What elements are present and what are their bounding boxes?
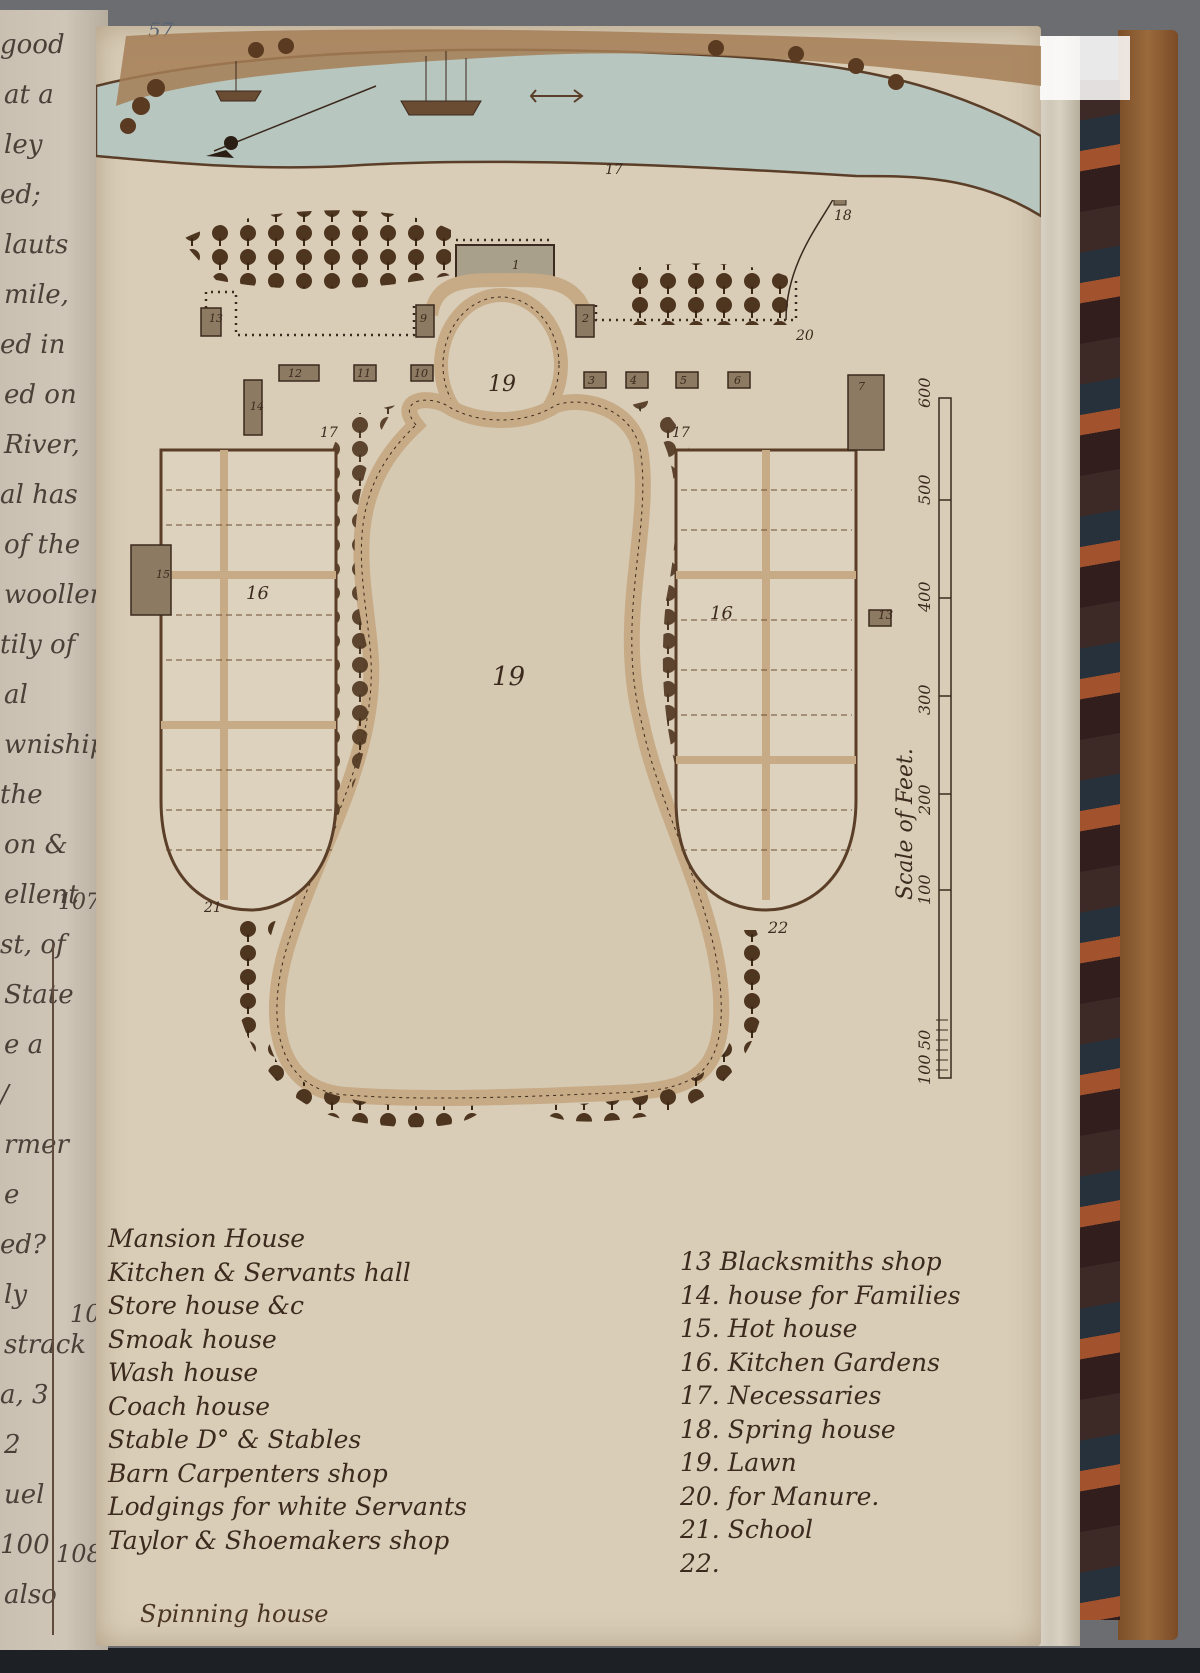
left-page-fragment: ley: [4, 130, 42, 160]
left-page-fragment: uel: [4, 1480, 44, 1510]
left-page-fragment: of the: [4, 530, 80, 560]
left-page-fragment: mile,: [4, 280, 69, 310]
book-cover-board: [1118, 30, 1178, 1640]
left-page-fragment: on &: [4, 830, 68, 860]
legend-item: 16. Kitchen Gardens: [680, 1346, 961, 1380]
left-page-fragment: the: [0, 780, 43, 810]
left-page-fragment: lauts: [4, 230, 68, 260]
left-facing-page: goodat aleyed;lautsmile,ed ined onRiver,…: [0, 10, 108, 1650]
left-page-fragment: a, 3: [0, 1380, 49, 1410]
legend-item: Taylor & Shoemakers shop: [108, 1524, 467, 1558]
left-page-fragment: River,: [4, 430, 80, 460]
spring-house: [834, 200, 846, 205]
legend-item: 18. Spring house: [680, 1413, 961, 1447]
left-page-fragment: ly: [4, 1280, 27, 1310]
left-page-fragment: also: [4, 1580, 57, 1610]
left-page-fragment: e: [4, 1180, 19, 1210]
kitchen-garden-left: [161, 450, 336, 910]
scale-tick: 100: [915, 1054, 934, 1085]
left-page-fragment: al: [4, 680, 28, 710]
left-page-fragment: ed;: [0, 180, 41, 210]
legend-right: 13 Blacksmiths shop 14. house for Famili…: [680, 1245, 961, 1580]
left-page-fragment: /: [0, 1080, 9, 1110]
grove-right: [621, 263, 796, 325]
left-page-fragment: ed in: [0, 330, 65, 360]
scale-tick: 600: [915, 377, 934, 408]
legend-item: Stable D° & Stables: [108, 1423, 467, 1457]
scale-tick: 50: [915, 1030, 934, 1050]
legend-item: Coach house: [108, 1390, 467, 1424]
left-page-fragment: al has: [0, 480, 78, 510]
left-page-fragment: rmer: [4, 1130, 69, 1160]
left-page-fragment: ed?: [0, 1230, 46, 1260]
left-page-fragment: st, of: [0, 930, 66, 960]
left-page-fragment: e a: [4, 1030, 43, 1060]
glass-glare: [1040, 36, 1130, 100]
legend-item: 14. house for Families: [680, 1279, 961, 1313]
scale-tick: 100: [915, 874, 934, 905]
scale-tick: 500: [915, 474, 934, 505]
left-page-fragment: strack: [4, 1330, 86, 1360]
legend-item: 20. for Manure.: [680, 1480, 961, 1514]
left-page-fragment: good: [0, 30, 65, 60]
legend-item: Lodgings for white Servants: [108, 1490, 467, 1524]
scale-tick: 200: [915, 784, 934, 815]
left-page-fragment: ed on: [4, 380, 77, 410]
legend-item: 17. Necessaries: [680, 1379, 961, 1413]
left-page-fragment: 2: [4, 1430, 21, 1460]
estate-plan: [96, 200, 1041, 1240]
legend-item: Mansion House: [108, 1222, 467, 1256]
legend-item: 19. Lawn: [680, 1446, 961, 1480]
legend-item: 22.: [680, 1547, 961, 1581]
legend-item: Barn Carpenters shop: [108, 1457, 467, 1491]
legend-item: 15. Hot house: [680, 1312, 961, 1346]
grove-left: [181, 210, 451, 289]
scale-tick: 400: [915, 581, 934, 612]
left-page-fragment: tily of: [0, 630, 75, 660]
river-scene: [96, 26, 1041, 226]
legend-item: Kitchen & Servants hall: [108, 1256, 467, 1290]
legend-item: Store house &c: [108, 1289, 467, 1323]
scale-tick: 300: [915, 684, 934, 715]
left-page-column-rule: [52, 945, 54, 1635]
margin-number: 108: [56, 1540, 102, 1568]
left-page-fragment: 100: [0, 1530, 50, 1560]
legend-footer: Spinning house: [140, 1600, 328, 1628]
legend-item: 21. School: [680, 1513, 961, 1547]
left-page-fragment: State: [4, 980, 74, 1010]
legend-item: 13 Blacksmiths shop: [680, 1245, 961, 1279]
left-page-fragment: woollen: [4, 580, 106, 610]
kitchen-garden-right: [676, 450, 856, 910]
dark-base: [0, 1648, 1200, 1673]
legend-item: Wash house: [108, 1356, 467, 1390]
left-page-fragment: at a: [4, 80, 54, 110]
scale-bar: [936, 398, 951, 1078]
legend-item: Smoak house: [108, 1323, 467, 1357]
marbled-endpaper: [1080, 80, 1120, 1620]
legend-left: Mansion House Kitchen & Servants hall St…: [108, 1222, 467, 1557]
